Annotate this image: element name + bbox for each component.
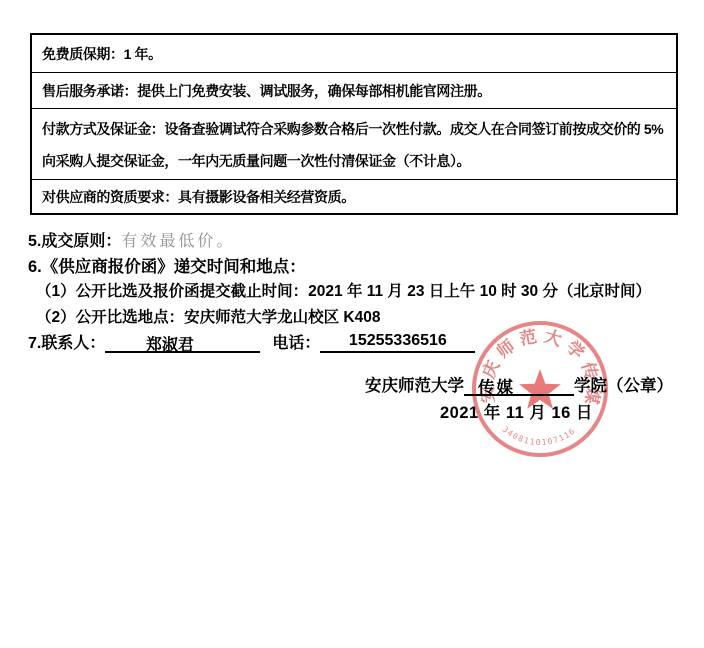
contact-label: 7.联系人：	[28, 335, 105, 352]
signature-dept-blank: 传媒	[464, 374, 574, 396]
clause-5: 5.成交原则：有效最低价。	[28, 228, 235, 251]
signature-line: 安庆师范大学传媒学院（公章）	[365, 372, 673, 396]
table-row-qualification: 对供应商的资质要求：具有摄影设备相关经营资质。	[32, 180, 676, 213]
phone-number: 15255336516	[349, 332, 447, 349]
table-row-aftersales: 售后服务承诺：提供上门免费安装、调试服务，确保每部相机能官网注册。	[32, 73, 676, 109]
table-row-payment: 付款方式及保证金：设备查验调试符合采购参数合格后一次性付款。成交人在合同签订前按…	[32, 109, 676, 180]
clause-5-value: 有效最低价。	[121, 233, 235, 250]
phone-blank: 15255336516	[320, 332, 475, 353]
document-page: 免费质保期：1 年。 售后服务承诺：提供上门免费安装、调试服务，确保每部相机能官…	[0, 0, 704, 648]
signature-org-prefix: 安庆师范大学	[365, 377, 464, 395]
contact-name-blank: 郑淑君	[105, 332, 260, 353]
seal-serial-holder: 3408110107116	[501, 425, 578, 447]
aftersales-text: 售后服务承诺：提供上门免费安装、调试服务，确保每部相机能官网注册。	[42, 81, 491, 101]
qualification-text: 对供应商的资质要求：具有摄影设备相关经营资质。	[42, 187, 355, 207]
seal-serial-number: 3408110107116	[501, 425, 578, 447]
payment-text: 付款方式及保证金：设备查验调试符合采购参数合格后一次性付款。成交人在合同签订前按…	[42, 121, 663, 169]
clause-7: 7.联系人：郑淑君电话：15255336516	[28, 330, 475, 353]
signature-org-suffix: 学院（公章）	[574, 377, 673, 395]
clause-6-sub2: （2）公开比选地点：安庆师范大学龙山校区 K408	[36, 305, 380, 327]
warranty-text: 免费质保期：1 年。	[42, 44, 162, 64]
clause-6-title: 6.《供应商报价函》递交时间和地点：	[28, 253, 306, 277]
clause-5-label: 5.成交原则：	[28, 233, 121, 250]
contact-name: 郑淑君	[146, 337, 194, 354]
signature-dept: 传媒	[478, 379, 515, 397]
table-row-warranty: 免费质保期：1 年。	[32, 35, 676, 73]
clause-6-sub1: （1）公开比选及报价函提交截止时间：2021 年 11 月 23 日上午 10 …	[36, 279, 651, 301]
phone-label: 电话：	[272, 335, 320, 352]
signature-date: 2021 年 11 月 16 日	[440, 399, 610, 423]
terms-table: 免费质保期：1 年。 售后服务承诺：提供上门免费安装、调试服务，确保每部相机能官…	[30, 33, 678, 215]
